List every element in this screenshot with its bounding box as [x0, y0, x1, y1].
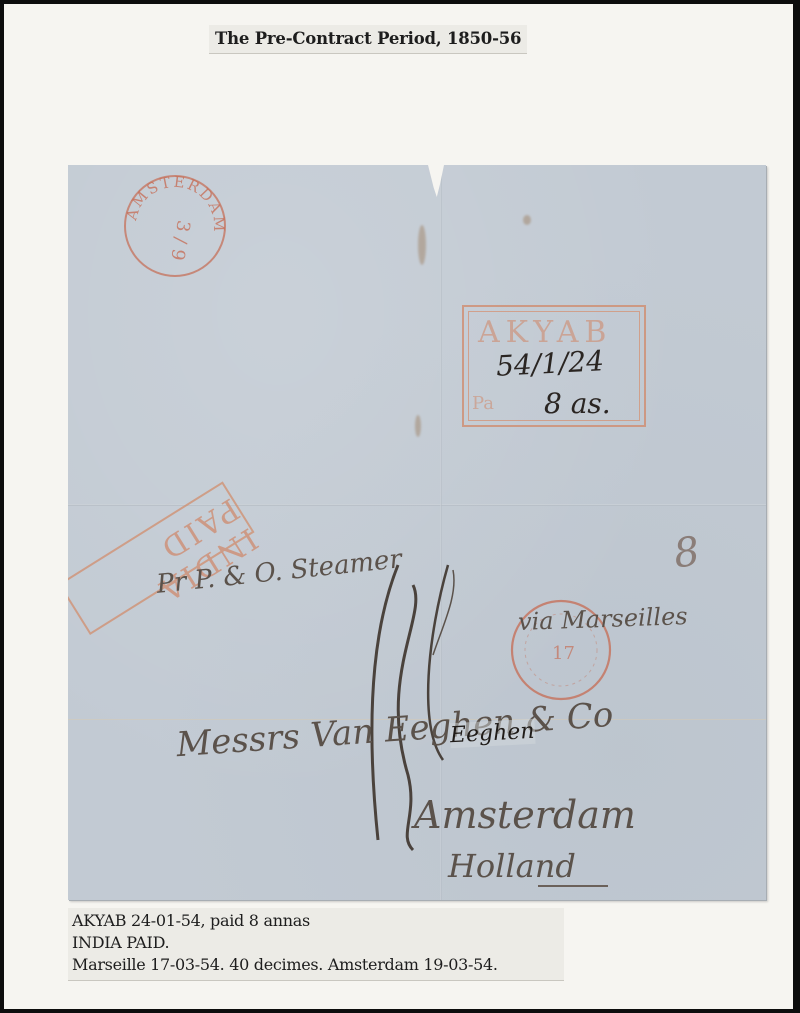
- addressee-insert: Eeghen: [449, 719, 535, 748]
- manuscript-date: 54/1/24: [495, 344, 605, 383]
- caption-line-2: INDIA PAID.: [72, 932, 560, 954]
- stain: [418, 225, 426, 265]
- stain: [523, 215, 531, 225]
- svg-text:3 / 9: 3 / 9: [166, 219, 194, 262]
- album-page: The Pre-Contract Period, 1850-56 AMSTERD…: [4, 4, 793, 1009]
- charge-mark: 8: [671, 528, 703, 577]
- address-city: Amsterdam: [414, 793, 636, 837]
- address-country: Holland: [448, 847, 576, 885]
- fold-line-horizontal: [68, 504, 766, 506]
- cover-caption: AKYAB 24-01-54, paid 8 annas INDIA PAID.…: [68, 908, 564, 981]
- manuscript-rate: 8 as.: [544, 387, 611, 420]
- caption-line-1: AKYAB 24-01-54, paid 8 annas: [72, 910, 560, 932]
- routing-via: via Marseilles: [518, 602, 688, 636]
- page-title: The Pre-Contract Period, 1850-56: [209, 25, 527, 54]
- caption-line-3: Marseille 17-03-54. 40 decimes. Amsterda…: [72, 954, 560, 976]
- stain: [415, 415, 421, 437]
- underline-flourish: [538, 885, 608, 887]
- akyab-paid-fragment: Pa: [472, 393, 494, 414]
- amsterdam-postmark: AMSTERDAM 3 / 9: [116, 170, 234, 282]
- postal-cover: AMSTERDAM 3 / 9 AKYAB Pa 54/1/24 8 as. I…: [68, 165, 766, 900]
- svg-text:17: 17: [552, 643, 575, 664]
